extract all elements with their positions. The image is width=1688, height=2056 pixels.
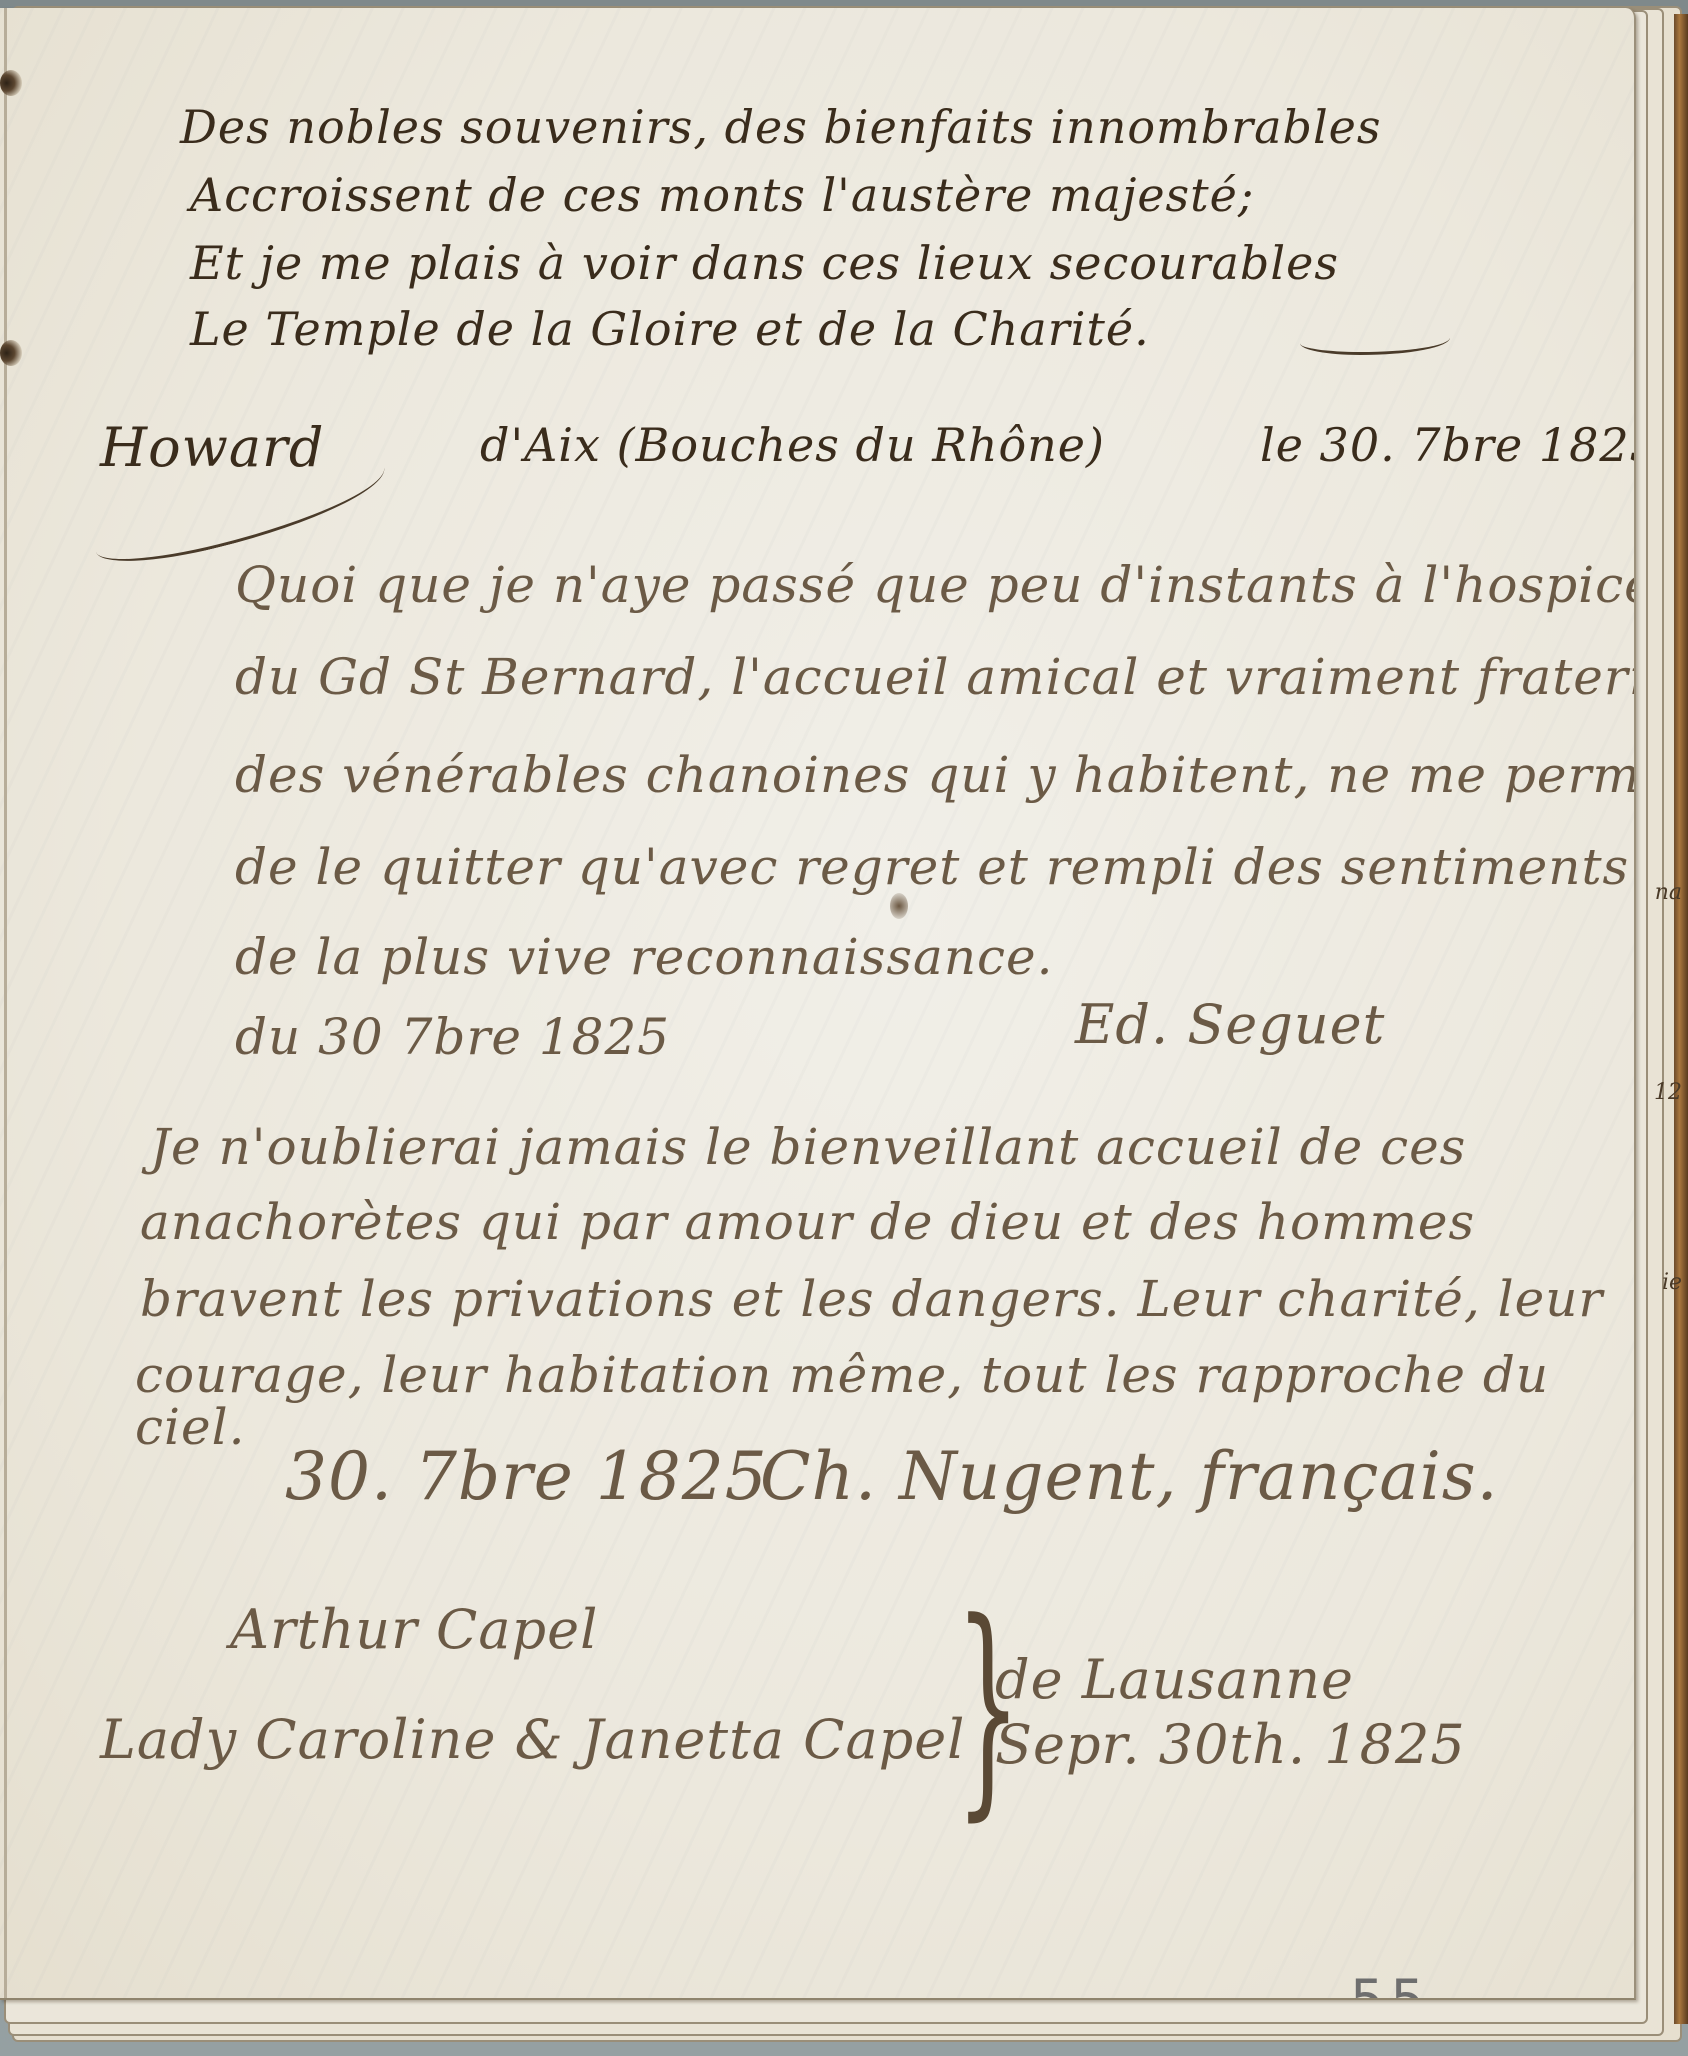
ink-blot <box>890 893 908 919</box>
origin-text: d'Aix (Bouches du Rhône) <box>480 418 1105 472</box>
origin-text: de Lausanne <box>995 1648 1354 1711</box>
folio-number: 55 <box>1350 1968 1431 2000</box>
binding-hole <box>0 70 22 96</box>
verse-line: Et je me plais à voir dans ces lieux sec… <box>190 236 1339 290</box>
binding-hole <box>0 340 22 366</box>
date-text: Sepr. 30th. 1825 <box>995 1713 1466 1776</box>
verse-line: Accroissent de ces monts l'austère majes… <box>190 168 1254 222</box>
book-edge <box>1674 14 1688 2024</box>
margin-fragment: 12 <box>1654 1080 1682 1105</box>
prose-line: des vénérables chanoines qui y habitent,… <box>235 746 1636 804</box>
signature-nugent: Ch. Nugent, français. <box>760 1438 1499 1515</box>
prose-line: Quoi que je n'aye passé que peu d'instan… <box>235 556 1636 614</box>
verse-line: Le Temple de la Gloire et de la Charité. <box>190 302 1150 356</box>
verse-line: Des nobles souvenirs, des bienfaits inno… <box>180 100 1381 154</box>
prose-line: courage, leur habitation même, tout les … <box>135 1346 1549 1404</box>
prose-line: de la plus vive reconnaissance. <box>235 928 1054 986</box>
margin-fragment: ie <box>1662 1270 1682 1295</box>
date-text: 30. 7bre 1825 <box>285 1438 768 1515</box>
prose-line: Je n'oublierai jamais le bienveillant ac… <box>150 1118 1466 1176</box>
margin-fragment: na <box>1655 880 1682 905</box>
name-arthur-capel: Arthur Capel <box>230 1598 598 1661</box>
binding-line <box>4 8 7 1998</box>
manuscript-page: Des nobles souvenirs, des bienfaits inno… <box>0 8 1636 2000</box>
prose-line: ciel. <box>135 1398 245 1456</box>
prose-line: bravent les privations et les dangers. L… <box>140 1270 1603 1328</box>
prose-line: anachorètes qui par amour de dieu et des… <box>140 1193 1475 1251</box>
prose-line: du Gd St Bernard, l'accueil amical et vr… <box>235 648 1636 706</box>
name-lady-caroline-janetta-capel: Lady Caroline & Janetta Capel <box>100 1708 965 1771</box>
date-text: le 30. 7bre 1825. <box>1260 418 1636 472</box>
signature-seguet: Ed. Seguet <box>1075 993 1385 1056</box>
flourish <box>1300 326 1450 355</box>
date-text: du 30 7bre 1825 <box>235 1008 670 1066</box>
prose-line: de le quitter qu'avec regret et rempli d… <box>235 838 1629 896</box>
